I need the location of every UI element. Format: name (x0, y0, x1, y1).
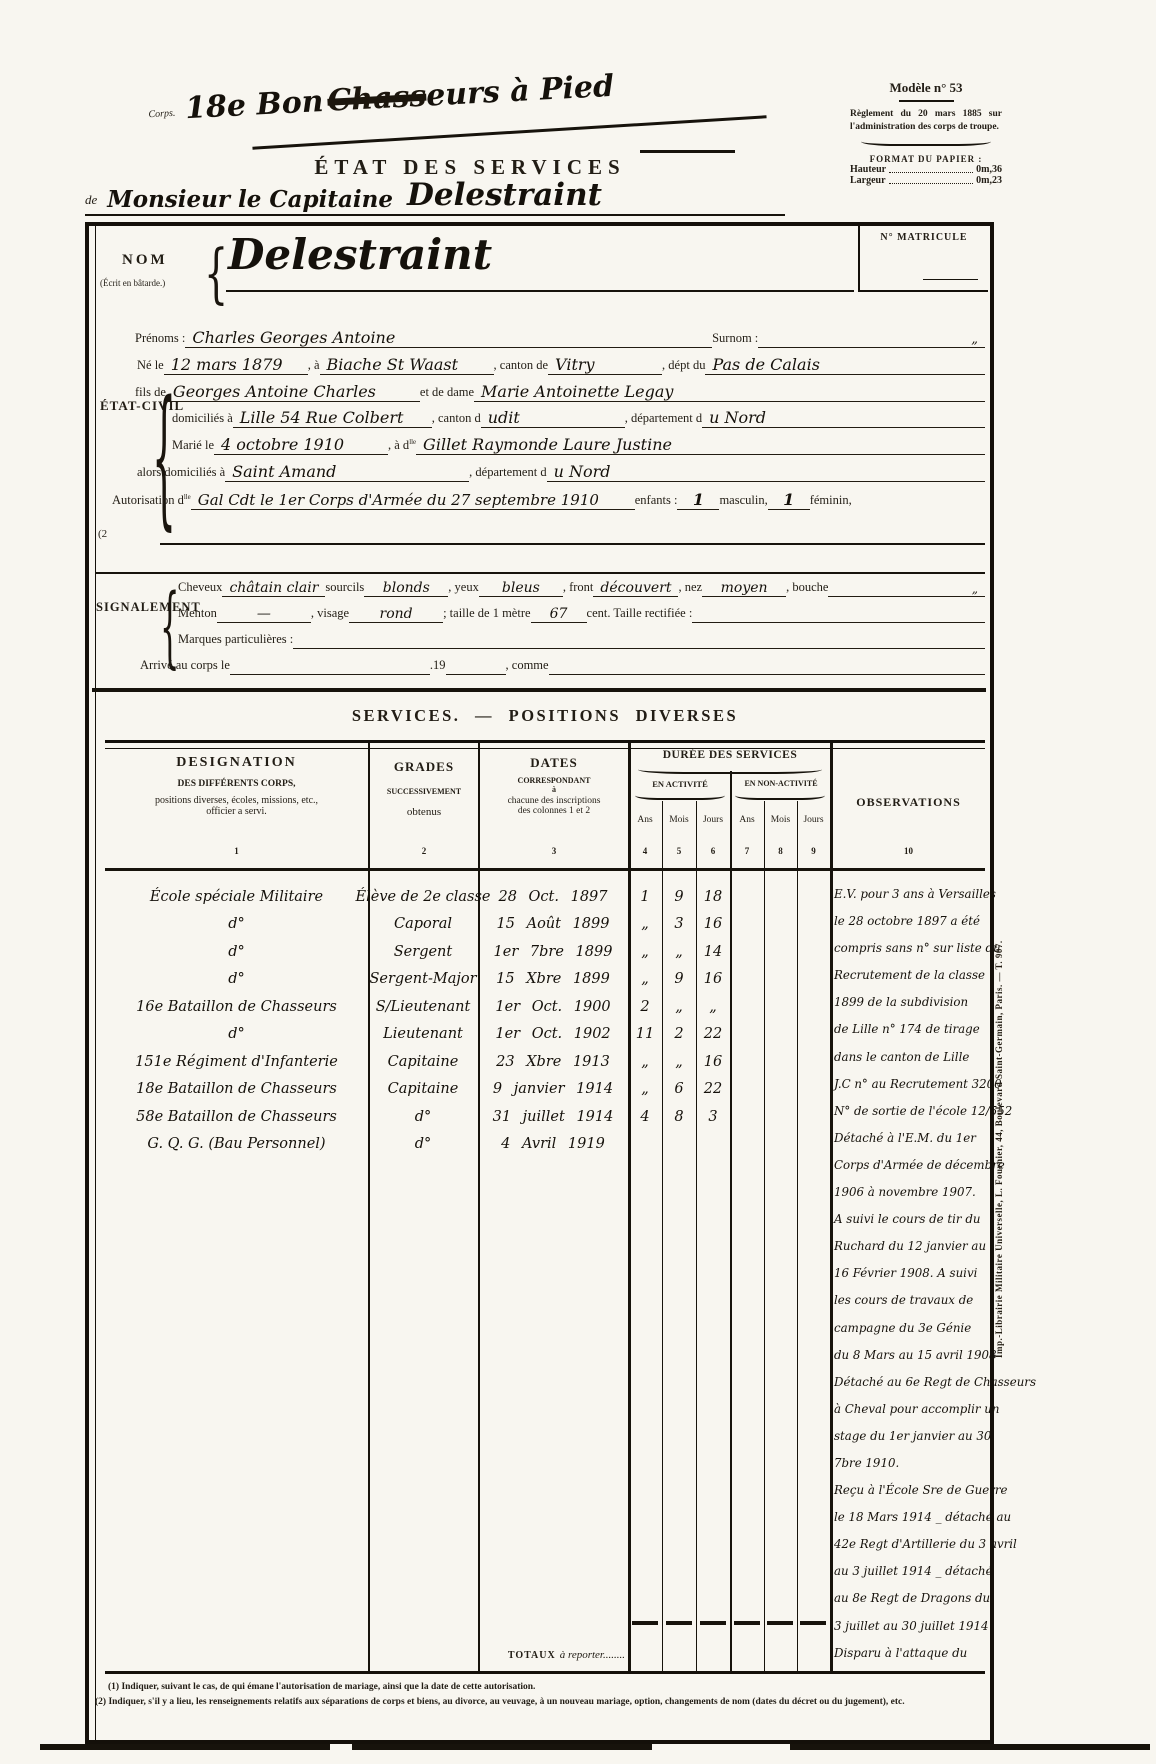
dom-dept-label: , département d (625, 411, 702, 428)
menton-value: — (217, 607, 311, 623)
observation-line: campagne du 3e Génie (834, 1315, 984, 1342)
date-cell: 1er Oct. 1900 (478, 993, 628, 1021)
subcol-mois: Mois (662, 815, 696, 825)
col-number: 10 (832, 846, 985, 856)
observation-line: les cours de travaux de (834, 1287, 984, 1314)
col-number: 5 (662, 846, 696, 856)
non-activite-mois-cell (764, 1131, 797, 1159)
yeux-value: bleus (479, 581, 563, 597)
dame-label: et de dame (420, 385, 474, 402)
header-grades-sub2: obtenus (370, 806, 478, 818)
date-cell: 31 juillet 1914 (478, 1103, 628, 1131)
bouche-label: , bouche (786, 580, 828, 597)
observation-line: 42e Regt d'Artillerie du 3 avril (834, 1531, 984, 1558)
duree-curve (638, 765, 822, 774)
observation-line: Ruchard du 12 janvier au (834, 1233, 984, 1260)
corps-number: 18e Bon (174, 87, 328, 125)
marie-label: Marié le (172, 438, 214, 455)
non-activite-mois-cell (764, 1076, 797, 1104)
totaux-line: Totaux à reporter........ (425, 1645, 625, 1663)
service-record-document: Corps. 18e Bon Chass eurs à Pied ÉTAT DE… (0, 0, 1156, 1764)
observation-line: 1899 de la subdivision (834, 989, 984, 1016)
col-number: 8 (764, 846, 797, 856)
observation-line: J.C n° au Recrutement 3200 (834, 1071, 984, 1098)
fils-label: fils de (135, 385, 166, 402)
services-section-title: SERVICES. — POSITIONS DIVERSES (105, 706, 985, 726)
taille-label: ; taille de 1 mètre (443, 606, 530, 623)
corps-line: Corps. 18e Bon Chass eurs à Pied (148, 72, 615, 126)
autorisation-label: Autorisation dlle (112, 493, 191, 510)
observation-line: compris sans n° sur liste du (834, 935, 984, 962)
canton-label: , canton de (494, 358, 549, 375)
reglement-note: Règlement du 20 mars 1885 sur l'administ… (850, 108, 1002, 134)
observation-line: E.V. pour 3 ans à Versailles (834, 881, 984, 908)
field-naissance: Né le 12 mars 1879 , à Biache St Waast ,… (137, 357, 985, 375)
alors-dept-value: u Nord (547, 464, 985, 482)
subcol-jours: Jours (696, 815, 730, 825)
largeur-label: Largeur (850, 175, 886, 186)
surnom-value: „ (758, 333, 985, 348)
observation-line: Détaché au 6e Regt de Chasseurs (834, 1369, 984, 1396)
activite-jours-cell: 14 (696, 938, 730, 966)
renvoi-2-mark: (2 (98, 528, 107, 540)
non-activite-ans-cell (730, 966, 764, 994)
nom-value: Delestraint (228, 234, 492, 276)
observation-line: Recrutement de la classe (834, 962, 984, 989)
totaux-word: Totaux (508, 1650, 556, 1661)
grade-cell: S/Lieutenant (368, 993, 478, 1021)
bottom-mark (352, 1744, 652, 1750)
header-designation-title: DESIGNATION (105, 755, 368, 771)
feminin-label: féminin, (810, 493, 852, 510)
col-number: 2 (370, 846, 478, 856)
activite-jours-cell: 16 (696, 966, 730, 994)
header-dates-sub3: chacune des inscriptions (480, 796, 628, 806)
header-observations: OBSERVATIONS (832, 795, 985, 810)
activite-curve (635, 791, 725, 800)
activite-mois-cell: 9 (662, 966, 696, 994)
non-activite-curve (735, 791, 825, 800)
observation-line: 7bre 1910. (834, 1450, 984, 1477)
subtitle-name: Delestraint (407, 180, 602, 211)
date-cell: 23 Xbre 1913 (478, 1048, 628, 1076)
nez-label: , nez (678, 580, 702, 597)
services-table: DESIGNATION DES DIFFÉRENTS CORPS, positi… (105, 740, 985, 1674)
blank-line (499, 347, 712, 348)
activite-mois-cell: 6 (662, 1076, 696, 1104)
observation-line: le 28 octobre 1897 a été (834, 908, 984, 935)
double-rule-inner (105, 748, 985, 749)
col-number: 7 (730, 846, 764, 856)
designation-cell: d° (105, 911, 368, 939)
designation-cell: d° (105, 966, 368, 994)
date-cell: 15 Août 1899 (478, 911, 628, 939)
a-label: , à (308, 358, 320, 375)
grade-cell: Capitaine (368, 1076, 478, 1104)
observation-line: Reçu à l'École Sre de Guerre (834, 1477, 984, 1504)
non-activite-ans-cell (730, 883, 764, 911)
activite-ans-cell: „ (628, 966, 662, 994)
masculin-label: masculin, (719, 493, 767, 510)
non-activite-mois-cell (764, 966, 797, 994)
date-cell: 1er 7bre 1899 (478, 938, 628, 966)
ne-label: Né le (137, 358, 164, 375)
activite-ans-cell: „ (628, 911, 662, 939)
grade-cell: Capitaine (368, 1048, 478, 1076)
grade-cell: Sergent-Major (368, 966, 478, 994)
alors-value: Saint Amand (225, 464, 469, 482)
domicilies-label: domiciliés à (172, 411, 233, 428)
activite-jours-cell: „ (696, 993, 730, 1021)
non-activite-mois-cell (764, 883, 797, 911)
corps-underline (252, 115, 766, 149)
subcol-jours: Jours (797, 815, 830, 825)
field-filiation: fils de Georges Antoine Charles et de da… (135, 384, 985, 402)
activite-ans-cell: 1 (628, 883, 662, 911)
total-dash (734, 1621, 760, 1625)
observation-line: de Lille n° 174 de tirage (834, 1016, 984, 1043)
epouse-value: Gillet Raymonde Laure Justine (416, 437, 985, 455)
naissance-date: 12 mars 1879 (164, 357, 308, 375)
date-cell: 4 Avril 1919 (478, 1131, 628, 1159)
designation-cell: 151e Régiment d'Infanterie (105, 1048, 368, 1076)
non-activite-mois-cell (764, 911, 797, 939)
activite-jours-cell: 16 (696, 911, 730, 939)
format-largeur-row: Largeur 0m,23 (850, 175, 1002, 186)
cheveux-value: châtain clair (222, 581, 325, 597)
non-activite-jours-cell (797, 1076, 830, 1104)
header-en-non-activite: EN NON-ACTIVITÉ (732, 779, 830, 788)
dot-leader (889, 183, 974, 184)
totaux-rest: à reporter........ (560, 1649, 625, 1661)
non-activite-jours-cell (797, 938, 830, 966)
subtitle-de: de (85, 192, 97, 211)
observation-line: A suivi le cours de tir du (834, 1206, 984, 1233)
observation-line: 16 Février 1908. A suivi (834, 1260, 984, 1287)
activite-jours-cell (696, 1131, 730, 1159)
activite-jours-cell: 18 (696, 883, 730, 911)
observation-line: N° de sortie de l'école 12/552 (834, 1098, 984, 1125)
col-number: 3 (480, 846, 628, 856)
activite-ans-cell: „ (628, 938, 662, 966)
activite-ans-cell: 4 (628, 1103, 662, 1131)
hauteur-value: 0m,36 (976, 164, 1002, 175)
activite-mois-cell: 3 (662, 911, 696, 939)
alors-label: alors domiciliés à (137, 465, 225, 482)
matricule-label: N° MATRICULE (860, 226, 988, 243)
printer-imprint: Imp.-Librairie Militaire Universelle, L.… (994, 878, 1004, 1358)
activite-jours-cell: 16 (696, 1048, 730, 1076)
date-cell: 15 Xbre 1899 (478, 966, 628, 994)
date-cell: 1er Oct. 1902 (478, 1021, 628, 1049)
non-activite-jours-cell (797, 1103, 830, 1131)
activite-ans-cell: 2 (628, 993, 662, 1021)
dom-canton-label: , canton d (432, 411, 481, 428)
observation-line: 1906 à novembre 1907. (834, 1179, 984, 1206)
header-designation-sub3: officier a servi. (105, 806, 368, 817)
designation-cell: 58e Bataillon de Chasseurs (105, 1103, 368, 1131)
nom-sub-label: (Écrit en bâtarde.) (100, 278, 165, 288)
non-activite-ans-cell (730, 911, 764, 939)
field-autorisation: Autorisation dlle Gal Cdt le 1er Corps d… (112, 492, 985, 510)
dom-canton-value: udit (481, 410, 625, 428)
model-rule (899, 100, 954, 102)
visage-label: , visage (311, 606, 349, 623)
activite-ans-cell: 11 (628, 1021, 662, 1049)
naissance-dept: Pas de Calais (705, 357, 985, 375)
observation-line: à Cheval pour accomplir un (834, 1396, 984, 1423)
dom-dept-value: u Nord (702, 410, 985, 428)
grade-cell: Élève de 2e classe (368, 883, 478, 911)
mariage-date: 4 octobre 1910 (214, 437, 388, 455)
sourcils-value: blonds (364, 581, 448, 597)
grade-cell: d° (368, 1131, 478, 1159)
non-activite-jours-cell (797, 966, 830, 994)
header-en-activite: EN ACTIVITÉ (630, 779, 730, 789)
hauteur-label: Hauteur (850, 164, 886, 175)
blank-line (549, 674, 985, 675)
date-cell: 28 Oct. 1897 (478, 883, 628, 911)
designation-cell: d° (105, 1021, 368, 1049)
non-activite-jours-cell (797, 911, 830, 939)
field-signalement-1: Cheveux châtain clair sourcils blonds , … (178, 580, 985, 597)
matricule-blank-line (923, 279, 978, 281)
non-activite-ans-cell (730, 1048, 764, 1076)
header-dates-title: DATES (480, 755, 628, 771)
col-number: 1 (105, 846, 368, 856)
bouche-value: „ (828, 583, 985, 597)
field-marques: Marques particulières : (178, 632, 985, 649)
header-dates-sub4: des colonnes 1 et 2 (480, 806, 628, 816)
observation-line: Corps d'Armée de décembre (834, 1152, 984, 1179)
taille-value: 67 (531, 607, 587, 623)
non-activite-mois-cell (764, 1103, 797, 1131)
total-dash (632, 1621, 658, 1625)
observation-line: Disparu à l'attaque du (834, 1640, 984, 1667)
non-activite-jours-cell (797, 993, 830, 1021)
blank-line (446, 674, 506, 675)
header-designation-sub1: DES DIFFÉRENTS CORPS, (105, 779, 368, 789)
designation-cell: d° (105, 938, 368, 966)
non-activite-mois-cell (764, 993, 797, 1021)
activite-ans-cell: „ (628, 1048, 662, 1076)
date-cell: 9 janvier 1914 (478, 1076, 628, 1104)
field-alors-domicile: alors domiciliés à Saint Amand , départe… (137, 464, 985, 482)
designation-cell: G. Q. G. (Bau Personnel) (105, 1131, 368, 1159)
subcol-ans: Ans (730, 815, 764, 825)
header-dates: DATES CORRESPONDANT à chacune des inscri… (480, 755, 628, 816)
enfants-masculin-value: 1 (677, 492, 719, 510)
section-divider (92, 688, 986, 692)
activite-ans-cell: „ (628, 1076, 662, 1104)
designation-cell: 18e Bataillon de Chasseurs (105, 1076, 368, 1104)
naissance-canton: Vitry (548, 357, 662, 375)
blank-line (692, 622, 985, 623)
header-dates-sub2: à (480, 785, 628, 794)
observation-line: au 8e Regt de Dragons du (834, 1585, 984, 1612)
front-label: , front (563, 580, 594, 597)
visage-value: rond (349, 607, 443, 623)
blank-line (293, 648, 985, 649)
header-bottom-rule (105, 868, 985, 871)
prenoms-value: Charles Georges Antoine (185, 330, 499, 348)
activite-jours-cell: 3 (696, 1103, 730, 1131)
activite-jours-cell: 22 (696, 1021, 730, 1049)
naissance-lieu: Biache St Waast (320, 357, 494, 375)
col-number: 4 (628, 846, 662, 856)
non-activite-jours-cell (797, 1131, 830, 1159)
nom-brace: { (204, 236, 228, 311)
header-dates-sub1: CORRESPONDANT (480, 776, 628, 785)
col-number: 9 (797, 846, 830, 856)
field-arrivee-corps: Arrivé au corps le .19 , comme (140, 658, 985, 675)
footnote-1: (1) Indiquer, suivant le cas, de qui éma… (108, 1682, 1008, 1692)
marie-a-label: , à dlle (388, 438, 416, 455)
non-activite-jours-cell (797, 1048, 830, 1076)
marques-label: Marques particulières : (178, 632, 293, 649)
bottom-mark (40, 1744, 330, 1750)
nez-value: moyen (702, 581, 786, 597)
arrive-19-label: .19 (430, 658, 446, 675)
activite-mois-cell (662, 1131, 696, 1159)
arrive-label: Arrivé au corps le (140, 658, 230, 675)
non-activite-ans-cell (730, 993, 764, 1021)
corps-struck-word: Chass (327, 82, 427, 117)
observation-line: du 8 Mars au 15 avril 1908 (834, 1342, 984, 1369)
dot-leader (889, 172, 973, 173)
activite-mois-cell: „ (662, 938, 696, 966)
header-grades-title: GRADES (370, 759, 478, 775)
nom-underline (226, 290, 854, 292)
domicile-value: Lille 54 Rue Colbert (233, 410, 432, 428)
total-dash (666, 1621, 692, 1625)
activite-mois-cell: „ (662, 1048, 696, 1076)
designation-cell: 16e Bataillon de Chasseurs (105, 993, 368, 1021)
total-dash (700, 1621, 726, 1625)
format-hauteur-row: Hauteur 0m,36 (850, 164, 1002, 175)
non-activite-jours-cell (797, 1021, 830, 1049)
alors-dept-label: , département d (469, 465, 546, 482)
blank-line (230, 674, 430, 675)
header-duree-title: DURÉE DES SERVICES (630, 749, 830, 761)
mere-value: Marie Antoinette Legay (474, 384, 985, 402)
enfants-feminin-value: 1 (768, 492, 810, 510)
field-signalement-2: Menton — , visage rond ; taille de 1 mèt… (178, 606, 985, 623)
front-value: découvert (593, 581, 678, 597)
non-activite-mois-cell (764, 938, 797, 966)
non-activite-ans-cell (730, 1103, 764, 1131)
footnote-2: (2) Indiquer, s'il y a lieu, les renseig… (95, 1696, 1025, 1709)
matricule-box: N° MATRICULE (858, 226, 988, 292)
inner-border-line (95, 226, 96, 1740)
observation-line: stage du 1er janvier au 30 (834, 1423, 984, 1450)
header-designation-sub2: positions diverses, écoles, missions, et… (105, 795, 368, 806)
activite-mois-cell: 9 (662, 883, 696, 911)
total-dash (800, 1621, 826, 1625)
dept-label: , dépt du (662, 358, 705, 375)
col-number: 6 (696, 846, 730, 856)
field-prenoms: Prénoms : Charles Georges Antoine Surnom… (135, 330, 985, 348)
grade-cell: Caporal (368, 911, 478, 939)
blank-rule-2 (95, 572, 985, 574)
bottom-mark (790, 1744, 1150, 1750)
observation-line: Détaché à l'E.M. du 1er (834, 1125, 984, 1152)
taille-rectifiee-label: cent. Taille rectifiée : (587, 606, 693, 623)
header-grades-sub1: SUCCESSIVEMENT (370, 787, 478, 796)
corps-label: Corps. (148, 108, 176, 126)
field-domicile: domiciliés à Lille 54 Rue Colbert , cant… (172, 410, 985, 428)
subcol-ans: Ans (628, 815, 662, 825)
observation-line: dans le canton de Lille (834, 1044, 984, 1071)
non-activite-mois-cell (764, 1021, 797, 1049)
header-short-rule (640, 150, 735, 153)
grade-cell: Lieutenant (368, 1021, 478, 1049)
designation-cell: École spéciale Militaire (105, 883, 368, 911)
activite-mois-cell: „ (662, 993, 696, 1021)
observations-notes: E.V. pour 3 ans à Versaillesle 28 octobr… (834, 881, 984, 1667)
grade-cell: d° (368, 1103, 478, 1131)
blank-rule-1 (160, 543, 985, 545)
model-box: Modèle n° 53 Règlement du 20 mars 1885 s… (850, 80, 1002, 186)
field-mariage: Marié le 4 octobre 1910 , à dlle Gillet … (172, 437, 985, 455)
largeur-value: 0m,23 (976, 175, 1002, 186)
model-number: Modèle n° 53 (850, 80, 1002, 96)
non-activite-ans-cell (730, 1131, 764, 1159)
autorisation-value: Gal Cdt le 1er Corps d'Armée du 27 septe… (191, 493, 635, 510)
non-activite-mois-cell (764, 1048, 797, 1076)
total-dash (767, 1621, 793, 1625)
nom-label: NOM (122, 252, 168, 269)
menton-label: Menton (178, 606, 217, 623)
activite-mois-cell: 2 (662, 1021, 696, 1049)
non-activite-ans-cell (730, 1021, 764, 1049)
format-papier-label: FORMAT DU PAPIER : (850, 154, 1002, 164)
arrive-comme-label: , comme (506, 658, 549, 675)
prenoms-label: Prénoms : (135, 331, 185, 348)
corps-suffix: eurs à Pied (425, 72, 614, 112)
decorative-curve (861, 137, 991, 146)
enfants-label: enfants : (635, 493, 678, 510)
observation-line: le 18 Mars 1914 _ détaché au (834, 1504, 984, 1531)
observation-line: 3 juillet au 30 juillet 1914 (834, 1613, 984, 1640)
surnom-label: Surnom : (712, 331, 758, 348)
non-activite-jours-cell (797, 883, 830, 911)
pere-value: Georges Antoine Charles (166, 384, 420, 402)
sourcils-label: sourcils (325, 580, 364, 597)
observation-line: au 3 juillet 1914 _ détaché (834, 1558, 984, 1585)
activite-ans-cell (628, 1131, 662, 1159)
subtitle-line: de Monsieur le Capitaine Delestraint (85, 180, 785, 216)
activite-mois-cell: 8 (662, 1103, 696, 1131)
non-activite-ans-cell (730, 938, 764, 966)
header-designation: DESIGNATION DES DIFFÉRENTS CORPS, positi… (105, 755, 368, 817)
subcol-mois: Mois (764, 815, 797, 825)
subtitle-monsieur: Monsieur le Capitaine (97, 188, 407, 211)
non-activite-ans-cell (730, 1076, 764, 1104)
activite-jours-cell: 22 (696, 1076, 730, 1104)
cheveux-label: Cheveux (178, 580, 222, 597)
grade-cell: Sergent (368, 938, 478, 966)
header-grades: GRADES SUCCESSIVEMENT obtenus (370, 759, 478, 818)
yeux-label: , yeux (448, 580, 479, 597)
